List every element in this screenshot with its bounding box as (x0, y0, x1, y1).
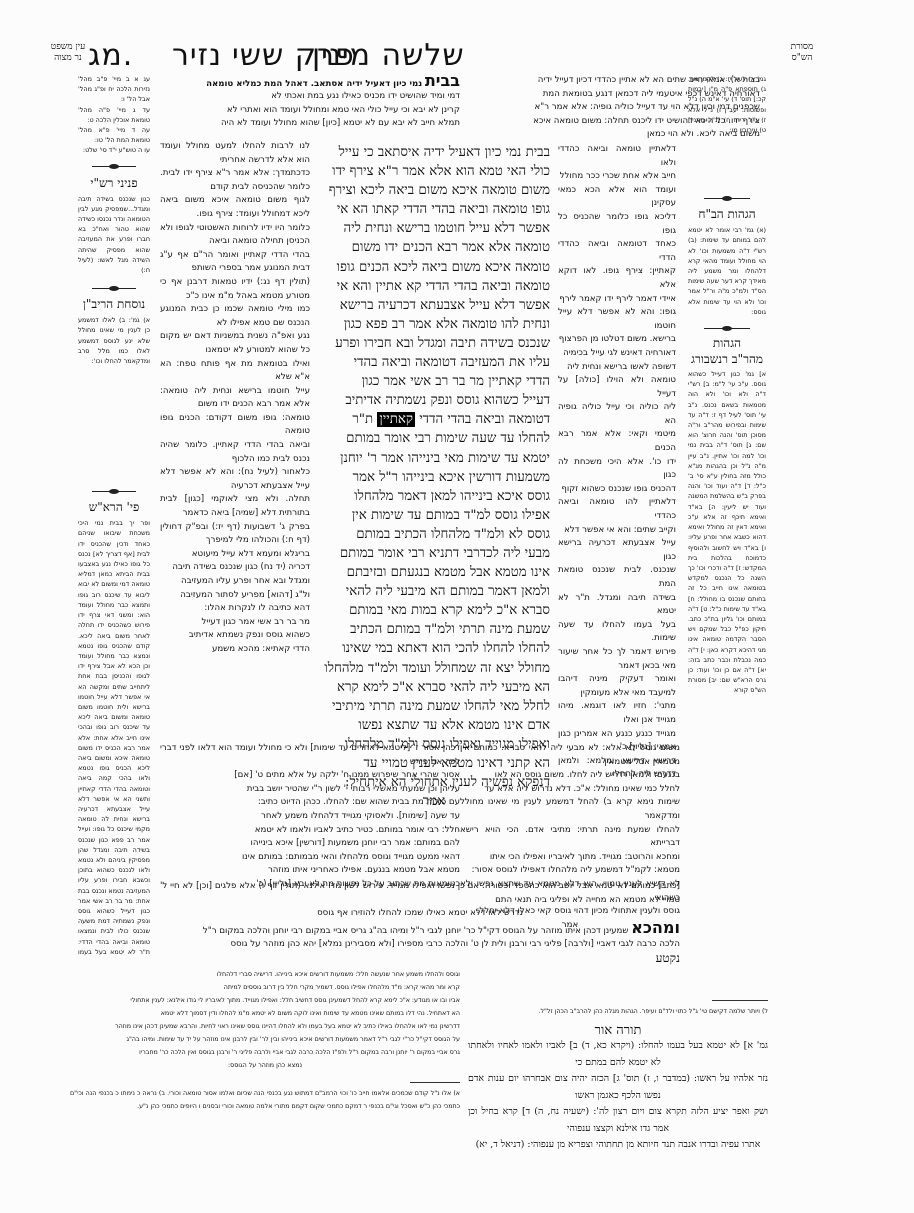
rashi-line: ואילו בטומאת מת אף פותח טפח: הא א"א שלא (160, 358, 310, 385)
rosh-footer-line: וגוסס ולהחלו משמע אחר שנעשה חלל: משמעות … (70, 968, 460, 981)
ein-mishpat-entry: עג א ב מיי' פ"ב מהל' נזירות הלכה יח ופ"ג… (78, 74, 150, 105)
rashi-line: עייל חוטמו ברישא ונחית ליה טומאה: אלא אמ… (160, 385, 310, 412)
rashi-line: נגע ואפ"ה נשנית במשניות דאם יש מקום כל ש… (160, 330, 310, 357)
rosh-commentary-footer: וגוסס ולהחלו משמע אחר שנעשה חלל: משמעות … (70, 968, 460, 1072)
tosafot-line: ומחכא והרוטב: מגוייד. מתוך לאיבריו ואפיל… (460, 851, 680, 865)
gemara-text: בבית נמי כיון דאעיל ידיה איסתאב כי עייל … (318, 143, 550, 811)
gemara-line: שמעת מינה תרתי ולמ"ד במותם הכתיב (318, 620, 550, 639)
ornament-divider (688, 193, 766, 203)
tosafot-line: בנגעם: ולמאן דדריש ליה לחלו. משום גוסס ה… (460, 769, 680, 783)
rosh-footer-line: נמצא כהן מוזהר על הגוסס: (70, 1059, 460, 1072)
maharav-title-line2: מהר"ב רנשבורג (688, 351, 766, 367)
tosafot-line: מתני': חזיו לאו דוגמא. מיהו מגוייד אנן ו… (558, 700, 676, 727)
ein-mishpat-entry: עה ד מיי' פ"א מהל' טומאת המת הל' טו: (78, 125, 150, 145)
rashi-line: מר בר רב אשי אמר כגון דעייל (160, 616, 310, 630)
umehacha-text: שמעינן דכהן איתו מוזהר על הגוסס דקי"ל כר… (203, 926, 629, 936)
gemara-line: אפילו גוסס למ"ד במותם עד שימות אין (318, 506, 550, 525)
gemara-line: ונחית להו טומאה אלא אמר רב פפא כגון (318, 315, 550, 334)
masoret-label-line2: הש"ס (782, 53, 822, 64)
chapter-title: שלשה מינין (312, 38, 465, 73)
rashi-line: עד שעה [שימות]. ולאסוקי מגוייד דלהחלו מש… (160, 810, 460, 824)
rosh-footer-line: אביו ובו או מגודע: א"כ לימא קרא להחל דשמ… (70, 994, 460, 1007)
gemara-line: טומאה איכא משום ביאה ליכא הכנים גופו (318, 258, 550, 277)
bottom-commentary: [כתב] כמותם לא יטמא אבל יושב הוא כהספד ו… (160, 880, 680, 966)
gemara-line: אפשר דלא עייל חוטמו ברישא ונחית ליה (318, 219, 550, 238)
gemara-line: בבית נמי כיון דאעיל ידיה איסתאב כי עייל (318, 143, 550, 162)
rosh-footer-line: על הגוסס דקי"ל כר"י לגבי ר"ל דאמר משמעות… (70, 1033, 460, 1046)
gemara-line: לחלל מאי להחלו שמעת מינה תרתי מיתיבי (318, 697, 550, 716)
gemara-line: טומאה וביאה בהדי הדדי קא אתיין והא אי (318, 277, 550, 296)
highlighted-word[interactable]: קאתיין (377, 412, 415, 427)
rashi-line: בריגלא ומעמא דלא עייל מיעוטא (160, 548, 310, 562)
gemara-line: אינו מטמא אבל מטמא בנגעתם ובזיבתם (318, 563, 550, 582)
maharav-title: הגהות מהר"ב רנשבורג (688, 335, 766, 367)
rashi-line: וביאה בהדי הדדי קאתיין. כלומר שהיה נכנס … (160, 439, 310, 466)
tosafot-line: לחלל כמי שאינו מחולל: א"כ. דלא נדרוש ליה… (460, 783, 680, 797)
rashi-line: ומגדל ובא אחר ופרע עליו המעזיבה (160, 575, 310, 589)
right-sidebar: גמ' א) לעיל יז: ב) לקמן מח. ג) תוספתא פ"… (688, 74, 766, 984)
gemara-line: אפשר דלא עייל אצבעתא דכרעיה ברישא (318, 296, 550, 315)
gemara-line: טומאה אלא אמר רבא הכנים ידו משום (318, 238, 550, 257)
ein-mishpat-label-line2: נר מצוה (48, 53, 88, 64)
gemara-line: מבעי ליה לכדרבי דתניא רבי אומר במותם (318, 544, 550, 563)
gemara-line: משמעות דורשין איכא בינייהו ר"ל אמר (318, 468, 550, 487)
tosafot-line: ברישא. משום דטלטו מן הפרצוף (558, 333, 676, 347)
rosh-footer-line: הא דאתחיל. נהי דלו במותם שאינו מטמא עד ש… (70, 1007, 460, 1020)
rashi-line: כלאחור (לעיל נח): והא לא אפשר דלא עייל א… (160, 466, 310, 493)
gemara-line: גופו טומאה וביאה בהדי הדדי קאתו הא אי (318, 200, 550, 219)
ornament-divider (78, 486, 150, 496)
rashi-line: תמלא חייב לא יבא עם לא יטמא [כיון] שהוא … (160, 117, 460, 131)
rashi-line: בהדי הדדי קאתיין ואומר הר"ם אף ע"ג דבית … (160, 249, 310, 276)
gemara-line: גוסס איכא בינייהו למאן דאמר מלהחלו (318, 487, 550, 506)
rashi-line: טומאה: גופו משום דקודם: הכנים גופו טומאה (160, 412, 310, 439)
gemara-line: עליו את המעזיבה דטומאה וביאה בהדי (318, 353, 550, 372)
tosafot-line: בשידה תיבה ומגדל. ת"ר לא יטמא (558, 592, 676, 619)
gemara-line: יטמא עד שימות מאי בינייהו אמר ר' יוחנן (318, 449, 550, 468)
ein-mishpat-label-line1: עין משפט (48, 42, 88, 53)
rashi-line: חלל: רבי אומר במותם. כטיר כתיב לאביו ולא… (160, 824, 460, 838)
maharav-text: א] גמ' כגון דעייל כשהוא גוסס. ע"כ עי' ל"… (688, 369, 766, 909)
footer-left: וגוסס ולהחלו משמע אחר שנעשה חלל: משמעות … (70, 968, 460, 1113)
ein-mishpat-entries: עג א ב מיי' פ"ב מהל' נזירות הלכה יח ופ"ג… (78, 74, 150, 156)
rashi-line: קרינן לא יבא וכי עייל כולי האי טמא ומחול… (160, 104, 460, 118)
rosh-title: פי' הרא"ש (78, 498, 150, 516)
rashi-line: כלומר היו ידיו לרוחות האשטוטי לגופו ולא … (160, 222, 310, 249)
ein-mishpat-entry: עד ג מיי' פ"ה מהל' טומאת אוכלין הלכה ט: (78, 105, 150, 125)
tosafot-line: בעל בעמו להחלו עד שעה שימות. (558, 619, 676, 646)
halacha-line: הלכה כרבה לגבי דאביי [ולרבה] פליגי רבי ו… (160, 938, 680, 952)
left-sidebar: עג א ב מיי' פ"ב מהל' נזירות הלכה יח ופ"ג… (78, 74, 150, 994)
rashi-line: דהאי ממעט מגוייד וגוסס מלהחלו והאי מבמות… (160, 851, 460, 865)
gemara-line: להחלו עד שעה שימות רבי אומר במותם (318, 429, 550, 448)
umehacha-line: ומהכא שמעינן דכהן איתו מוזהר על הגוסס דק… (160, 921, 680, 939)
gemara-line: גוסס לא ולמ"ד מלהחלו הכתיב במותם (318, 525, 550, 544)
tosafot-line: משום גוסס לא אלא: לא מבעי ליה להאי סברא.… (460, 742, 680, 769)
torah-or-text: גמ' א] לא יטמא בעל בעמו להחלו: (ויקרא כא… (468, 1038, 768, 1154)
ornament-divider (688, 323, 766, 333)
footnote-rule (712, 1000, 768, 1001)
ornament-divider (78, 162, 150, 172)
page-header: עין משפט נר מצוה מג. נזיר פרק ששי שלשה מ… (0, 38, 914, 70)
tosafot-line: פירוש דאמר לך כל אחר שיעור מאי בכאן דאמר (558, 646, 676, 673)
rashi-opening: בבית נמי כיון דאעיל ידיה אסתאב. דאהל המת… (160, 74, 460, 90)
tosafot-line: גופו: והא לא אפשר דלא עייל חוטמו (558, 306, 676, 333)
nidrash-line: נדרש לאו דלא יטמא כאילו שמכו להחלו להוזי… (160, 907, 680, 921)
rashi-line: דמי ומיד שהושיט ידו מכניס כאילו נגע במת … (160, 90, 460, 104)
gemara-line-suffix: ת"ר (352, 412, 373, 427)
nusach-riban-text: א) גמ': ב) לאלו דמשמע כן לענין מי שאינו … (78, 315, 150, 366)
gemara-line: דעייל כשהוא גוסס ונפק נשמתיה אדיתיב (318, 391, 550, 410)
rashi-opening-rest: נמי כיון דאעיל ידיה אסתאב. דאהל המת כמלי… (206, 79, 422, 89)
gemara-line: הא מיבעי ליה להאי סברא א"כ לימא קרא (318, 678, 550, 697)
tosafot-line: להחלו שמעת מינה תרתי: מתיבי אדם. הכי הוי… (460, 824, 680, 851)
tosafot-line: ועומד הוא אלא הכא כמאי עסקינן (558, 184, 676, 211)
torah-or-line: ושק ואפר יציע הלזה תקרא צום ויום רצון לה… (468, 1104, 768, 1137)
tosafot-line: דאורחיה דאינש לגי עייל בכימיה (558, 347, 676, 361)
tosafot-line: איידי דאמר לירף ידו קאמר לירף (558, 293, 676, 307)
tosafot-line: דהכניס גופו שנכנס כשהוא זקוף (558, 483, 676, 497)
tosafot-line: עייל אצבעתא דכרעיה ברישא כגון (558, 537, 676, 564)
gemara-line: הדדי קאתיין מר בר רב אשי אמר כגון (318, 372, 550, 391)
torah-or-line: נזר אלהיו על ראשו: (במדבר ו, ז) תוס' ג] … (468, 1071, 768, 1104)
masoret-label-line1: מסורת (782, 42, 822, 53)
rashi-line: דכריה (יד נח) כגון שנכנס בשידה תיבה (160, 561, 310, 575)
masoret-entries: גמ' א) לעיל יז: ב) לקמן מח. ג) תוספתא פ"… (688, 74, 766, 135)
gemara-line: משום טומאה איכא משום ביאה ליכא וצירף (318, 181, 550, 200)
ornament-divider (78, 283, 150, 293)
footnote-rule (410, 1082, 460, 1083)
tosafot-line: חייב אלא אחת שכרי ככר מחולל (558, 170, 676, 184)
gemara-line: שנכנס בשידה תיבה ומגדל ובא חבירו ופרע (318, 334, 550, 353)
rashi-line: דהא כתיבה לו לנקרות אהלו: (160, 602, 310, 616)
tosafot-line: ואומר דעקיק מיניה דיהבו למיעבד מאי אלא מ… (558, 673, 676, 700)
rashi-line: בפרק ג' דשבועות (דף יז:) ובפ"ק דחולין (ד… (160, 521, 310, 548)
right-footnote: ל) ויותר שלמה דקישם טי' ג"ל כתוי ולד"ם ו… (468, 1005, 768, 1018)
torah-or-line: אתרו עפיה ובדרו אנבה תנד חיותא מן תחתוהי… (468, 1137, 768, 1154)
rashi-opening-word: בבית (425, 71, 460, 90)
daf-number: מג. (88, 38, 133, 73)
tosafot-commentary-column: דלאתיין טומאה וביאה כהדדי ולאו חייב אלא … (558, 143, 676, 782)
penei-rashi-title: פניני רש"י (78, 174, 150, 192)
gemara-line-highlight: דטומאה וביאה בהדי הדדי קאתיין ת"ר (318, 410, 550, 429)
gemara-line: אדם אינו מטמא אלא עד שתצא נפשו (318, 716, 550, 735)
rashi-commentary-column: לנו לרבות להחלו למעט מחולל ועומד הוא אלא… (160, 140, 310, 657)
torah-or-line: גמ' א] לא יטמא בעל בעמו להחלו: (ויקרא כא… (468, 1038, 768, 1071)
gemara-line: כולי האי טמא הוא אלא אמר ר"א צירף ידו (318, 162, 550, 181)
rashi-line: (תולין דף נג:) ידיו טמאות דרבנן אף כי מט… (160, 276, 310, 303)
torah-or-title: תורה אור (468, 1022, 768, 1038)
hagahot-bach-title: הגהות הב"ח (688, 205, 766, 223)
nikta-marker: נקטע (160, 952, 680, 966)
gemara-line: להחלו להחלו להכי הוא דאתא במי שאינו (318, 639, 550, 658)
gemara-line-text: דטומאה וביאה בהדי הדדי (419, 412, 550, 427)
nusach-riban-title: נוסחת הריב"ן (78, 295, 150, 313)
closing-text: [כתב] כמותם לא יטמא אבל יושב הוא כהספד ו… (160, 880, 680, 907)
rashi-line: להם במותם: אמר רבי יוחנן משמעות [דורשין]… (160, 837, 460, 851)
footer-right: ל) ויותר שלמה דקישם טי' ג"ל כתוי ולד"ם ו… (468, 1000, 768, 1154)
tosafot-line: דלאתיין טומאה וביאה כהדדי ולאו (558, 143, 676, 170)
maharav-title-line1: הגהות (688, 335, 766, 351)
gemara-line: ולמאן דאמר במותם הא מיבעי ליה להאי (318, 582, 550, 601)
rashi-line: כמו מילי טומאה שכמו כן כבית המנוגע הנכנס… (160, 303, 310, 330)
tosafot-line: וקייב שתים: והא אי אפשר דלא (558, 524, 676, 538)
rashi-line: תחלה. ולא מצי לאוקמי [כגון] לבית בתורתית… (160, 493, 310, 520)
masoret-label: מסורת הש"ס (782, 42, 822, 64)
ein-mishpat-label: עין משפט נר מצוה (48, 42, 88, 64)
penei-rashi-text: כגון שנכנס בשידה תיבה ומגדל...שמפסיק מגע… (78, 194, 150, 276)
tosafot-line: קאתיין: צירף גופו. לאו דוקא אלא (558, 265, 676, 292)
tosafot-line: שימות נימא קרא ב) להחל דמשמע לענין מי שא… (460, 796, 680, 823)
ein-mishpat-entry: עו ה טוש"ע י"ד סי' שלט: (78, 145, 150, 155)
tosafot-line: מיטמי וקאי: אלא אמר רבא הכנים (558, 428, 676, 455)
tosafot-line: דשופה לאשו ברישא ונחית ליה (558, 361, 676, 375)
rashi-line: לנו לרבות להחלו למעט מחולל ועומד הוא אלא… (160, 140, 310, 167)
tosafot-line: טומאה ולא הוילו [כולה] על דעייל (558, 374, 676, 401)
tractate-name: נזיר (172, 38, 222, 73)
rashi-line: הדדי קאתיא: מהכא משמע (160, 643, 310, 657)
rosh-text: ופר יך בבית נמי היכי משכחת שיבואו שניהם … (78, 518, 150, 958)
rashi-line: לגוף משום טומאה איכא משום ביאה ליכא דמחו… (160, 194, 310, 221)
hagahot-bach-text: (א) גמ' רבי אומר לא יטמא להם במותם עד שי… (688, 225, 766, 317)
rashi-line: כשהוא גוסס ונפק נשמתא אדיתיב (160, 629, 310, 643)
gemara-line: סברא א"כ לימא קרא במות מאי במותם (318, 601, 550, 620)
tosafot-line: כאחד דטומאה וביאה כהדדי הדדי (558, 238, 676, 265)
gemara-line: מחולל יצא זה שמחולל ועומד ולמ"ד מלהחלו (318, 659, 550, 678)
rosh-footer-line: גרס אביי במקום ר' יוחנן ורבה במקום ר"ל ו… (70, 1046, 460, 1059)
tosafot-line: ליה כוליה וכי עייל כוליה גופיה הא (558, 401, 676, 428)
tosafot-line: ידו כו'. אלא היכי משכחת לה כגון (558, 456, 676, 483)
rashi-line: מטמא אבל מטמא בנגעם. אפילו כאחריני איתו … (160, 864, 460, 878)
rosh-footer-line: קרא ומר מהאי קרא: מ"ד מלהחלו אפילו גוסס.… (70, 981, 460, 994)
rashi-commentary: בבית נמי כיון דאעיל ידיה אסתאב. דאהל המת… (160, 74, 460, 131)
tosafot-line: דלאתיין להו טומאה וביאה כהדדי (558, 496, 676, 523)
tosafot-line: שנכנס. לבית שנכנס טומאת המת (558, 564, 676, 591)
rashi-line: ול"ג [דהוא] מפריע לסתור המעזיבה (160, 589, 310, 603)
umehacha-word: ומהכא (631, 918, 680, 937)
rosh-footer-line: דדרשינן נמי לאו אלהחלו באילו כתיב לא יטמ… (70, 1020, 460, 1033)
left-footnote: א) אלו נ"ל קודם שכמכים אלאמו חייב כו' וכ… (70, 1087, 460, 1113)
rashi-line: כדכתמדך: אלא אמר ר"א צירף ידו לבית. כלומ… (160, 167, 310, 194)
tosafot-line: מטמא: לקמ"ל דמשמע ליה מלהחלו דאפילו לגוס… (460, 864, 680, 878)
tosafot-line: דליכא גופו כלומר שהכניס כל גופו (558, 211, 676, 238)
